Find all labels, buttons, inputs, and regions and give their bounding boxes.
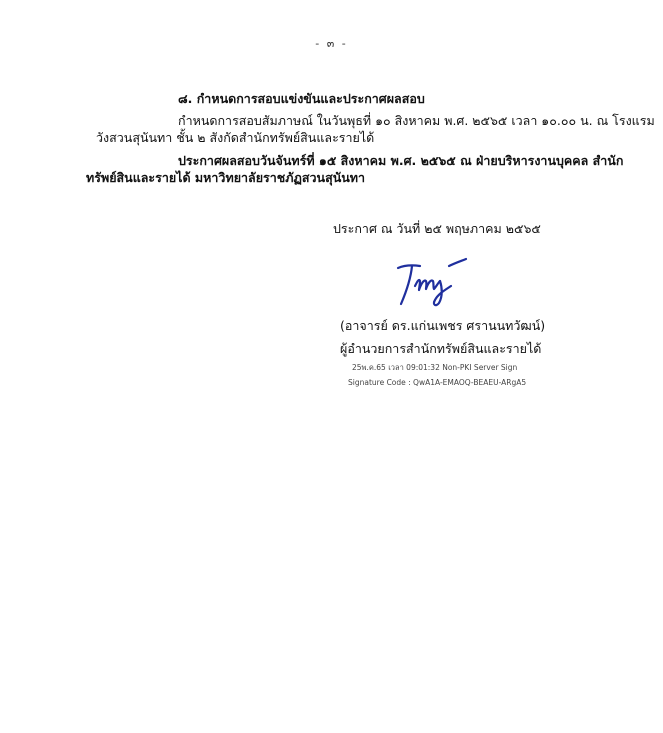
interview-schedule-line-2: วังสวนสุนันทา ชั้น ๒ สังกัดสำนักทรัพย์สิ… (96, 129, 374, 147)
signer-title: ผู้อำนวยการสำนักทรัพย์สินและรายได้ (340, 339, 541, 359)
section-heading: ๘. กำหนดการสอบแข่งขันและประกาศผลสอบ (178, 89, 425, 109)
handwritten-signature-icon (395, 256, 470, 311)
interview-schedule-line-1: กำหนดการสอบสัมภาษณ์ ในวันพุธที่ ๑๐ สิงหา… (178, 112, 655, 130)
signer-name: (อาจารย์ ดร.แก่นเพชร ศรานนทวัฒน์) (340, 316, 545, 336)
signature-code: Signature Code : QwA1A-EMAOQ-BEAEU-ARgA5 (348, 378, 526, 387)
results-announcement-line-2: ทรัพย์สินและรายได้ มหาวิทยาลัยราชภัฏสวนส… (86, 169, 365, 187)
results-announcement-line-1: ประกาศผลสอบวันจันทร์ที่ ๑๕ สิงหาคม พ.ศ. … (178, 152, 623, 170)
signature-timestamp: 25พ.ค.65 เวลา 09:01:32 Non-PKI Server Si… (352, 362, 517, 374)
page-number: - ๓ - (0, 34, 663, 52)
announcement-date: ประกาศ ณ วันที่ ๒๕ พฤษภาคม ๒๕๖๕ (333, 219, 541, 239)
